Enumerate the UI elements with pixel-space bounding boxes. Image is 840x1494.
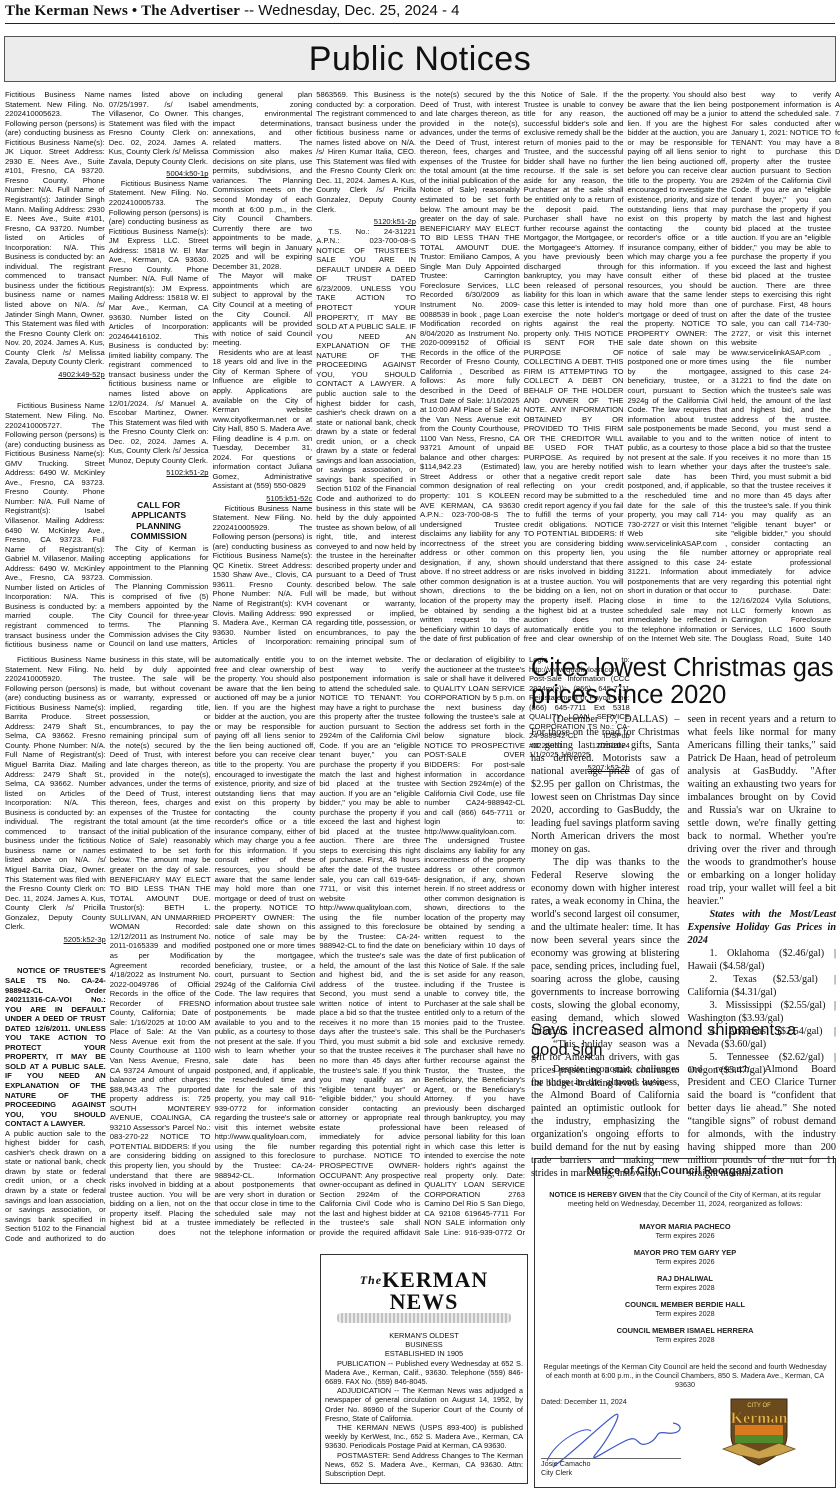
publication-info: PUBLICATION -- Published every Wednesday… [325, 1359, 523, 1387]
gas-article-p1: (December 17, DALLAS) – For those on the… [531, 713, 680, 856]
gas-article-p2: The dip was thanks to the Federal Reserv… [531, 856, 680, 1038]
planning-p1: The City of Kerman is accepting applicat… [109, 544, 209, 582]
member-name: COUNCIL MEMBER ISMAEL HERRERA [541, 1326, 829, 1335]
council-member: MAYOR PRO TEM GARY YEP Term expires 2026 [541, 1248, 829, 1266]
postmaster-info: POSTMASTER: Send Address Changes to The … [325, 1451, 523, 1479]
almond-article: Says increased almond shipments a good s… [531, 1020, 836, 1180]
section-banner: Public Notices [4, 36, 836, 82]
clerk-signature-block: Josie Camacho City Clerk [541, 1459, 591, 1477]
svg-text:CITY OF: CITY OF [747, 1403, 771, 1409]
notice-text: Fictitious Business Name Statement. New … [5, 655, 106, 932]
fbn-notice-barrita-produce: Fictitious Business Name Statement. New … [5, 655, 106, 944]
notice-tag: 5105:k51-52c [213, 494, 313, 504]
dated-line: Dated: December 11, 2024 [541, 1397, 627, 1406]
member-term: Term expires 2026 [541, 1257, 829, 1266]
council-member: MAYOR MARIA PACHECO Term expires 2026 [541, 1222, 829, 1240]
planning-heading: CALL FOR APPLICANTS PLANNING COMMISSION [109, 500, 209, 542]
council-notice-intro: NOTICE IS HEREBY GIVEN that the City Cou… [541, 1190, 829, 1208]
masthead: The Kerman News • The Advertiser -- Wedn… [5, 2, 835, 24]
state-item: 1. Oklahoma ($2.46/gal) | Hawaii ($4.58/… [688, 947, 837, 973]
section-title: Public Notices [309, 40, 531, 79]
member-term: Term expires 2026 [541, 1231, 829, 1240]
notice-text: Fictitious Business Name Statement. New … [109, 179, 209, 465]
clerk-name: Josie Camacho [541, 1459, 591, 1468]
dateline: -- Wednesday, Dec. 25, 2024 - 4 [244, 2, 459, 19]
paper-name: The Kerman News • The Advertiser [5, 3, 240, 20]
planning-p4: Residents who are at least 18 years old … [213, 348, 313, 491]
council-member: COUNCIL MEMBER ISMAEL HERRERA Term expir… [541, 1326, 829, 1344]
notice-tag: 4902:k49-52p [5, 370, 105, 380]
meeting-schedule: Regular meetings of the Kerman City Coun… [541, 1362, 829, 1389]
council-member: COUNCIL MEMBER BERDIE HALL Term expires … [541, 1300, 829, 1318]
intro-bold: NOTICE IS HEREBY GIVEN [549, 1190, 641, 1199]
notice-text: Fictitious Business Name Statement. New … [5, 90, 105, 367]
member-name: MAYOR PRO TEM GARY YEP [541, 1248, 829, 1257]
tagline-line-1: KERMAN'S OLDEST [325, 1331, 523, 1340]
logo-flourish-icon [337, 1313, 511, 1323]
planning-p3: The Mayor will make appointments which a… [213, 271, 313, 347]
council-member: RAJ DHALIWAL Term expires 2028 [541, 1274, 829, 1292]
clerk-title: City Clerk [541, 1468, 591, 1477]
gas-article-headline: Cites lowest Christmas gas prices since … [531, 655, 836, 709]
notice-tag: 5004:k50-1p [109, 169, 209, 179]
city-of-kerman-seal-icon: CITY OF Kerman [721, 1395, 797, 1467]
legal-notices-region-lower: Fictitious Business Name Statement. New … [5, 655, 525, 1245]
logo-text: KERMAN NEWS [382, 1267, 488, 1314]
fbn-notice-jk-liquor: Fictitious Business Name Statement. New … [5, 90, 105, 379]
member-term: Term expires 2028 [541, 1283, 829, 1292]
state-item: 2. Texas ($2.53/gal) | California ($4.31… [688, 973, 837, 999]
member-name: RAJ DHALIWAL [541, 1274, 829, 1283]
city-council-reorganization-notice: Notice of City Council Reorganization NO… [534, 1158, 836, 1488]
svg-text:Kerman: Kerman [731, 1410, 788, 1427]
logo-prefix: The [360, 1273, 382, 1287]
tagline-line-3: ESTABLISHED IN 1905 [325, 1349, 523, 1358]
publisher-info-box: TheKERMAN NEWS KERMAN'S OLDEST BUSINESS … [320, 1254, 528, 1484]
legal-notices-region: Fictitious Business Name Statement. New … [5, 90, 831, 650]
tagline-line-2: BUSINESS [325, 1340, 523, 1349]
notice-tag: 5206:k52-2p [835, 160, 840, 170]
gas-article-p4: seen in recent years and a return to wha… [688, 713, 837, 908]
notice-tag: 5205:k52-3p [5, 935, 106, 945]
states-heading: States with the Most/Least Expensive Hol… [688, 908, 837, 947]
member-term: Term expires 2028 [541, 1335, 829, 1344]
notice-tag: 5120:k51-2p [316, 217, 416, 227]
almond-article-headline: Says increased almond shipments a good s… [531, 1020, 836, 1060]
usps-info: THE KERMAN NEWS (USPS 893-400) is publis… [325, 1423, 523, 1451]
kerman-news-logo: TheKERMAN NEWS [325, 1269, 523, 1313]
notice-tag: 5102:k51-2p [109, 468, 209, 478]
notice-lead: NOTICE OF TRUSTEE'S SALE TS No. CA-24-98… [5, 966, 106, 1128]
member-name: MAYOR MARIA PACHECO [541, 1222, 829, 1231]
member-term: Term expires 2028 [541, 1309, 829, 1318]
council-notice-title: Notice of City Council Reorganization [541, 1167, 829, 1176]
fbn-notice-jm-express: Fictitious Business Name Statement. New … [109, 179, 209, 478]
adjudication-info: ADJUDICATION -- The Kerman News was adju… [325, 1386, 523, 1423]
member-name: COUNCIL MEMBER BERDIE HALL [541, 1300, 829, 1309]
